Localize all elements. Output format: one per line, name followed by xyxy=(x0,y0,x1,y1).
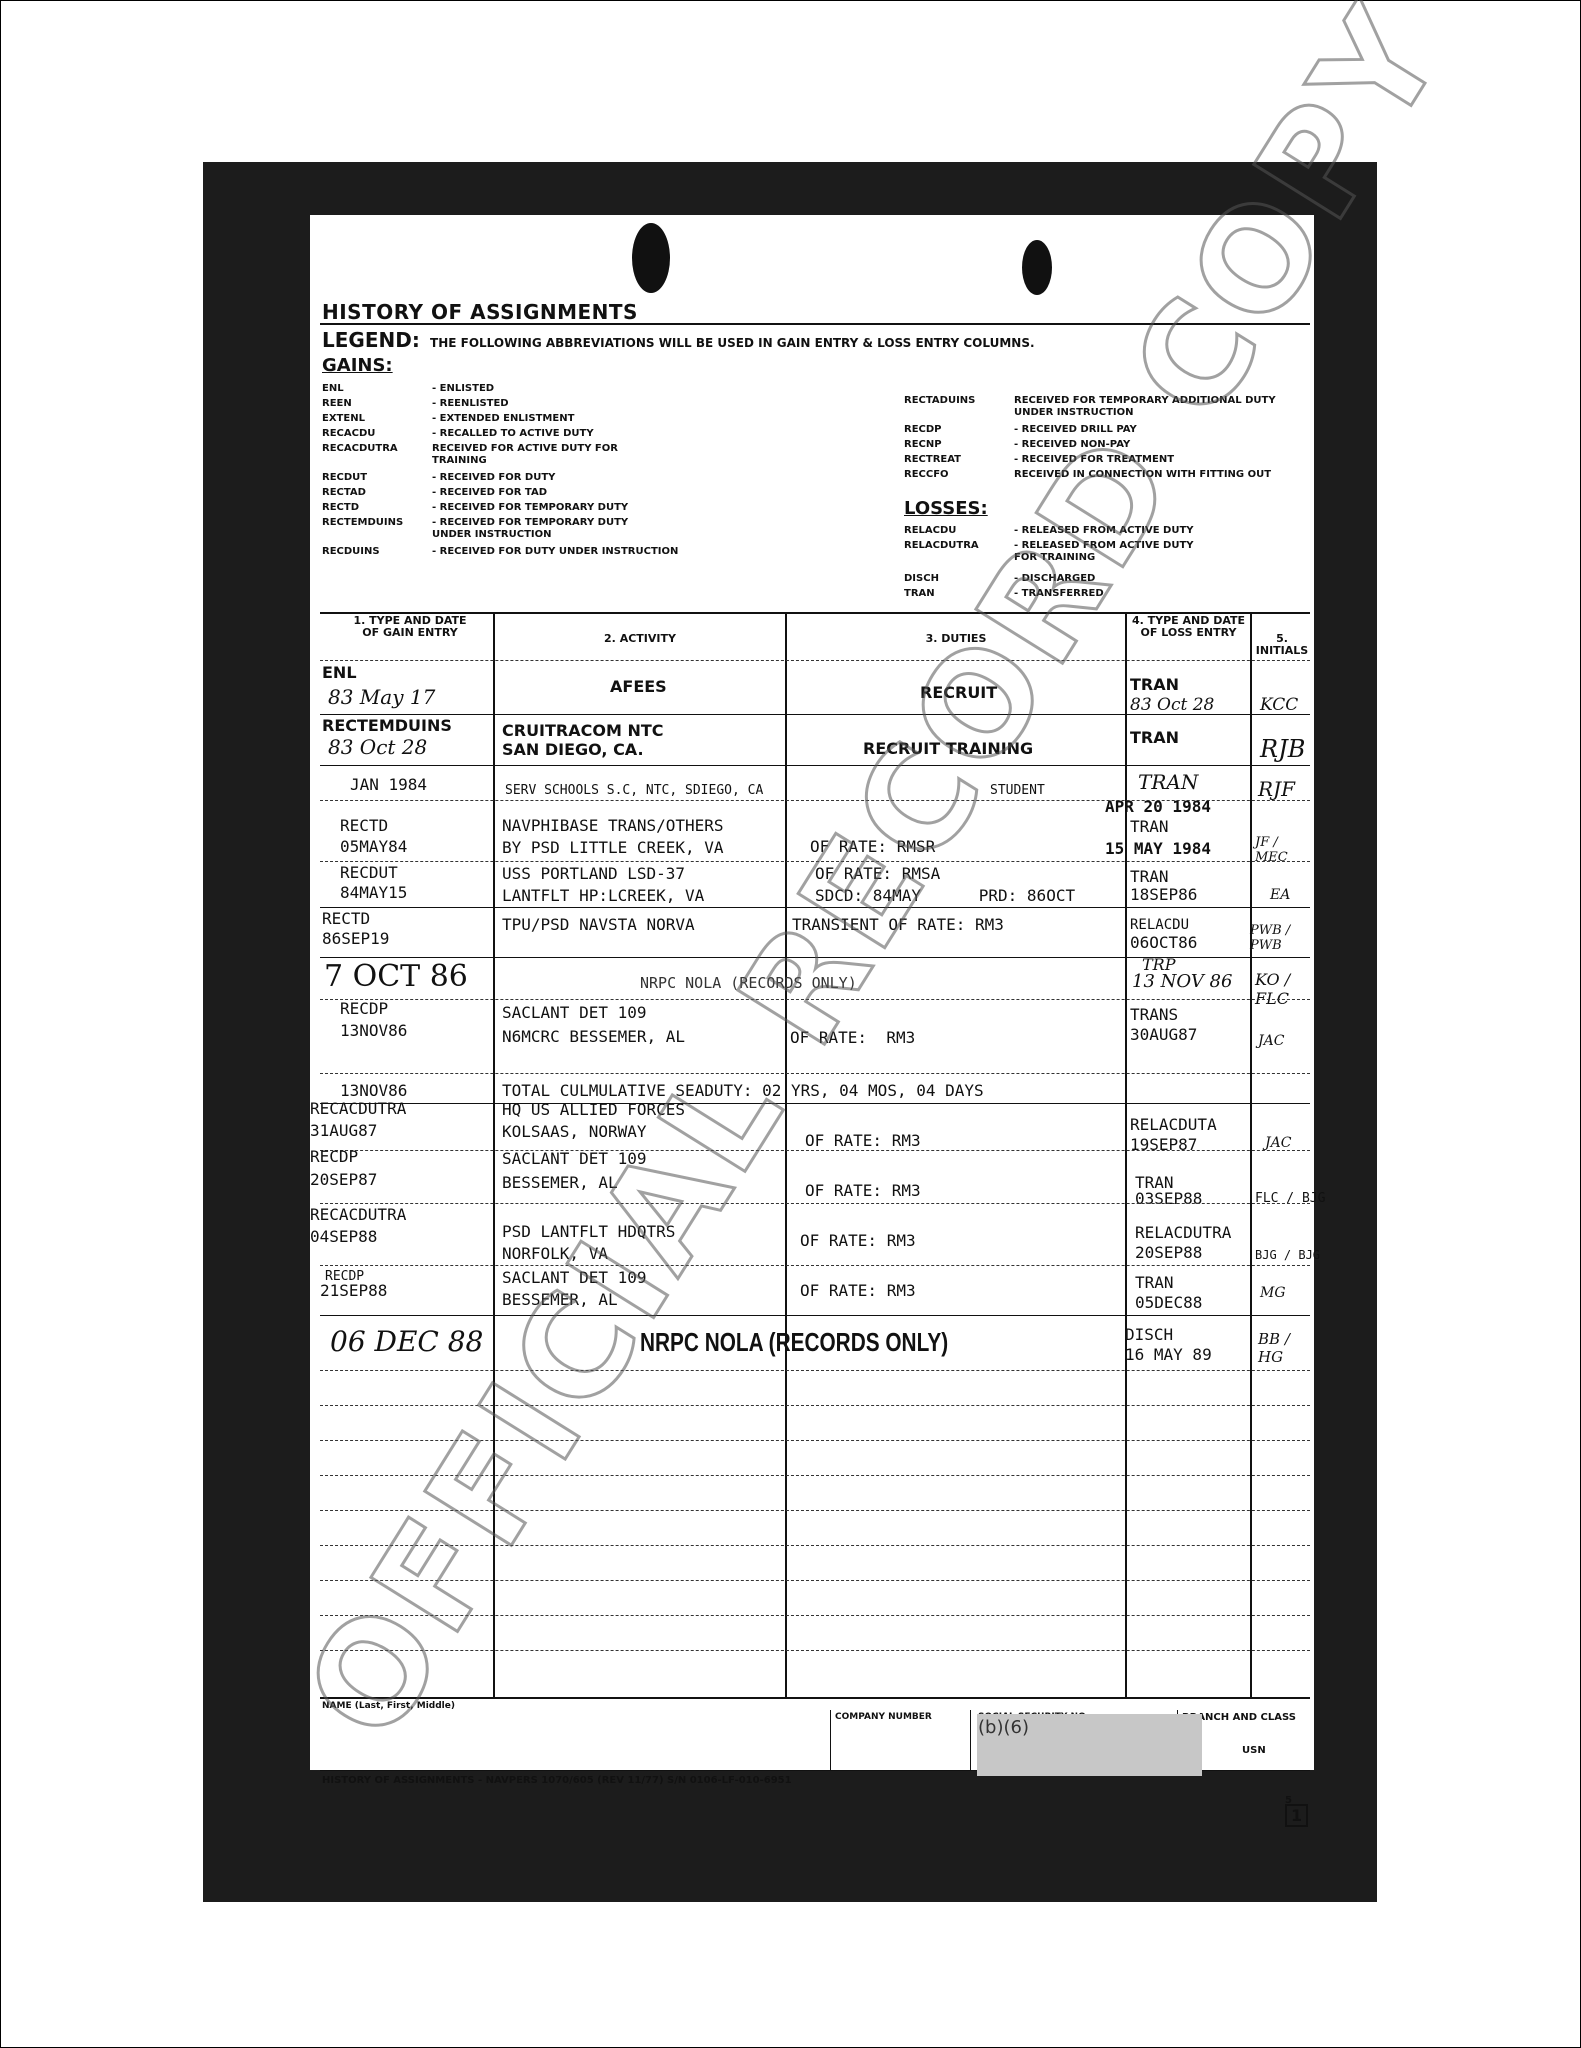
loss-date: 15 MAY 1984 xyxy=(1105,839,1211,859)
activity: NRPC NOLA (RECORDS ONLY) xyxy=(640,973,857,993)
duties: OF RATE: RM3 xyxy=(805,1181,921,1201)
gain-date: 06 DEC 88 xyxy=(330,1325,483,1358)
row-divider xyxy=(320,714,1310,715)
legend-row: ENL- ENLISTED xyxy=(322,383,722,398)
loss-date: 19SEP87 xyxy=(1130,1135,1197,1155)
loss-date: 83 Oct 28 xyxy=(1130,695,1214,715)
page-indicator: 5 1 xyxy=(1285,1795,1314,1825)
row-divider xyxy=(320,1073,1310,1074)
gains-list: ENL- ENLISTED REEN- REENLISTED EXTENL- E… xyxy=(322,383,722,561)
legend-row: RELACDU- RELEASED FROM ACTIVE DUTY xyxy=(904,525,1304,540)
gain-date: 05MAY84 xyxy=(340,837,407,857)
blank-line xyxy=(320,1440,1310,1441)
gain-type: RECACDUTRA xyxy=(310,1205,406,1225)
gain-type: RECDP xyxy=(310,1147,358,1167)
loss-type: TRAN xyxy=(1130,817,1169,837)
branch-value: USN xyxy=(1242,1745,1266,1756)
gain-date: 86SEP19 xyxy=(322,929,389,949)
legend-row: RECTEMDUINS- RECEIVED FOR TEMPORARY DUTY… xyxy=(322,517,722,546)
punch-hole-icon xyxy=(632,223,670,293)
gain-date: 31AUG87 xyxy=(310,1121,377,1141)
company-label: COMPANY NUMBER xyxy=(835,1712,932,1722)
gain-date: JAN 1984 xyxy=(350,775,427,795)
losses-heading: LOSSES: xyxy=(904,498,988,519)
activity: TPU/PSD NAVSTA NORVA xyxy=(502,915,695,935)
row-divider xyxy=(320,1203,1310,1204)
duties: RECRUIT TRAINING xyxy=(863,739,1033,758)
legend: LEGEND: THE FOLLOWING ABBREVIATIONS WILL… xyxy=(322,328,1035,352)
loss-date: 03SEP88 xyxy=(1135,1189,1202,1209)
initials: KCC xyxy=(1260,695,1298,715)
loss-type: DISCH xyxy=(1125,1325,1173,1345)
row-divider xyxy=(320,1150,1310,1151)
row-divider xyxy=(320,1265,1310,1266)
blank-line xyxy=(320,1405,1310,1406)
gain-date: 13NOV86 xyxy=(340,1081,407,1101)
legend-text: THE FOLLOWING ABBREVIATIONS WILL BE USED… xyxy=(430,336,1035,350)
legend-row: RECTADUINSRECEIVED FOR TEMPORARY ADDITIO… xyxy=(904,395,1304,424)
legend-row: RECTD- RECEIVED FOR TEMPORARY DUTY xyxy=(322,502,722,517)
legend-row: RECNP- RECEIVED NON-PAY xyxy=(904,439,1304,454)
duties: OF RATE: RM3 xyxy=(790,1028,915,1048)
loss-date: 18SEP86 xyxy=(1130,885,1197,905)
gain-date: 7 OCT 86 xyxy=(324,959,468,994)
losses-list: RELACDU- RELEASED FROM ACTIVE DUTY RELAC… xyxy=(904,525,1304,603)
row-divider xyxy=(320,1370,1310,1371)
footer-top-rule xyxy=(320,1697,1310,1699)
legend-row: RELACDUTRA- RELEASED FROM ACTIVE DUTY FO… xyxy=(904,540,1304,573)
duties: RECRUIT xyxy=(920,683,997,702)
name-label: NAME (Last, First, Middle) xyxy=(322,1701,455,1711)
loss-date: 05DEC88 xyxy=(1135,1293,1202,1313)
loss-type: TRAN xyxy=(1130,675,1179,694)
redaction-label: (b)(6) xyxy=(978,1717,1029,1738)
gain-type: RECDP xyxy=(340,999,388,1019)
initials: JAC xyxy=(1265,1135,1291,1151)
initials: PWB / PWB xyxy=(1250,923,1314,953)
activity: CRUITRACOM NTC SAN DIEGO, CA. xyxy=(502,721,664,759)
gain-date: 21SEP88 xyxy=(320,1281,387,1301)
punch-hole-icon xyxy=(1022,240,1052,295)
initials: RJB xyxy=(1260,735,1305,763)
column-divider xyxy=(785,612,787,1697)
legend-row: RECDP- RECEIVED DRILL PAY xyxy=(904,424,1304,439)
legend-row: TRAN- TRANSFERRED xyxy=(904,588,1304,603)
gain-type: RECACDUTRA xyxy=(310,1099,406,1119)
activity: PSD LANTFLT HDQTRS NORFOLK, VA xyxy=(502,1221,675,1265)
duties: STUDENT xyxy=(990,781,1045,801)
blank-line xyxy=(320,1545,1310,1546)
column-header-initials: 5. INITIALS xyxy=(1252,633,1312,657)
form-title: HISTORY OF ASSIGNMENTS xyxy=(322,300,638,324)
blank-line xyxy=(320,1510,1310,1511)
legend-row: RECACDUTRARECEIVED FOR ACTIVE DUTY FOR T… xyxy=(322,443,722,472)
row-divider xyxy=(320,1103,1310,1104)
duties: OF RATE: RMSR xyxy=(810,837,935,857)
activity: TOTAL CULMULATIVE SEADUTY: 02 YRS, 04 MO… xyxy=(502,1081,984,1101)
activity: SACLANT DET 109 N6MCRC BESSEMER, AL xyxy=(502,1001,685,1049)
loss-date: 16 MAY 89 xyxy=(1125,1345,1212,1365)
row-divider xyxy=(320,861,1310,862)
activity: NAVPHIBASE TRANS/OTHERS BY PSD LITTLE CR… xyxy=(502,815,724,859)
legend-row: RECTAD- RECEIVED FOR TAD xyxy=(322,487,722,502)
column-divider xyxy=(493,612,495,1697)
footer-divider xyxy=(830,1710,831,1770)
initials: BB / HG xyxy=(1258,1330,1314,1366)
activity: AFEES xyxy=(610,677,667,696)
loss-type: TRAN xyxy=(1130,867,1169,887)
gain-type: RECTD xyxy=(340,815,388,836)
activity: SACLANT DET 109 BESSEMER, AL xyxy=(502,1267,647,1311)
row-divider xyxy=(320,765,1310,766)
blank-line xyxy=(320,1650,1310,1651)
initials: FLC / BJG xyxy=(1255,1189,1325,1209)
page-number: 1 xyxy=(1285,1804,1308,1827)
loss-type: TRAN xyxy=(1135,1273,1174,1293)
gain-type: ENL xyxy=(322,663,357,682)
initials: BJG / BJG xyxy=(1255,1245,1320,1265)
column-divider xyxy=(1125,612,1127,1697)
legend-row: RECDUT- RECEIVED FOR DUTY xyxy=(322,472,722,487)
loss-type: RELACDUTA xyxy=(1130,1115,1217,1135)
activity: SACLANT DET 109 BESSEMER, AL xyxy=(502,1147,647,1195)
gain-type: RECTD xyxy=(322,909,370,929)
row-divider xyxy=(320,1315,1310,1316)
column-header-activity: 2. ACTIVITY xyxy=(495,633,785,645)
legend-row: RECDUINS- RECEIVED FOR DUTY UNDER INSTRU… xyxy=(322,546,722,561)
blank-line xyxy=(320,1615,1310,1616)
blank-line xyxy=(320,1580,1310,1581)
duties: OF RATE: RM3 xyxy=(805,1131,921,1151)
gain-type: RECTEMDUINS xyxy=(322,716,452,735)
loss-date: 06OCT86 xyxy=(1130,933,1197,953)
legend-row: RECTREAT- RECEIVED FOR TREATMENT xyxy=(904,454,1304,469)
loss-type: RELACDU xyxy=(1130,915,1189,935)
loss-type: RELACDUTRA xyxy=(1135,1223,1231,1243)
form-number: HISTORY OF ASSIGNMENTS - NAVPERS 1070/60… xyxy=(322,1775,792,1786)
gains-list-right: RECTADUINSRECEIVED FOR TEMPORARY ADDITIO… xyxy=(904,395,1304,484)
duties: OF RATE: RM3 xyxy=(800,1231,916,1251)
header-divider xyxy=(320,660,1310,661)
column-header-duties: 3. DUTIES xyxy=(787,633,1125,645)
activity: USS PORTLAND LSD-37 LANTFLT HP:LCREEK, V… xyxy=(502,863,704,907)
legend-row: DISCH- DISCHARGED xyxy=(904,573,1304,588)
column-header-loss: 4. TYPE AND DATE OF LOSS ENTRY xyxy=(1127,615,1250,639)
initials: KO / FLC xyxy=(1255,970,1314,1008)
duties: OF RATE: RMSA SDCD: 84MAY PRD: 86OCT xyxy=(815,863,1075,907)
loss-type: TRAN xyxy=(1138,770,1198,794)
divider xyxy=(320,323,1310,325)
legend-row: RECCFORECEIVED IN CONNECTION WITH FITTIN… xyxy=(904,469,1304,484)
loss-type: TRANS xyxy=(1130,1005,1178,1025)
loss-date: 20SEP88 xyxy=(1135,1243,1202,1263)
duties: TRANSIENT OF RATE: RM3 xyxy=(792,915,1004,935)
initials: JAC xyxy=(1258,1033,1284,1049)
gain-date: 20SEP87 xyxy=(310,1170,377,1190)
gain-date: 04SEP88 xyxy=(310,1227,377,1247)
row-divider xyxy=(320,999,1310,1000)
gain-date: 83 May 17 xyxy=(328,685,435,709)
loss-date: 13 NOV 86 xyxy=(1132,971,1232,992)
initials: EA xyxy=(1270,887,1290,903)
row-divider xyxy=(320,907,1310,908)
column-divider xyxy=(1250,612,1252,1697)
gain-type: RECDUT xyxy=(340,863,398,883)
legend-row: EXTENL- EXTENDED ENLISTMENT xyxy=(322,413,722,428)
activity: HQ US ALLIED FORCES KOLSAAS, NORWAY xyxy=(502,1099,685,1143)
legend-row: REEN- REENLISTED xyxy=(322,398,722,413)
blank-line xyxy=(320,1475,1310,1476)
duties: OF RATE: RM3 xyxy=(800,1281,916,1301)
initials: RJF xyxy=(1258,777,1295,801)
form-sheet: HISTORY OF ASSIGNMENTS LEGEND: THE FOLLO… xyxy=(310,215,1314,1770)
gains-heading: GAINS: xyxy=(322,355,393,376)
gain-date: 83 Oct 28 xyxy=(328,735,427,759)
activity: SERV SCHOOLS S.C, NTC, SDIEGO, CA xyxy=(505,781,763,801)
loss-type: TRAN xyxy=(1130,728,1179,747)
initials: MG xyxy=(1260,1285,1286,1301)
loss-date: 30AUG87 xyxy=(1130,1025,1197,1045)
gain-date: 13NOV86 xyxy=(340,1021,407,1041)
footer-divider xyxy=(970,1710,971,1770)
column-header-gain: 1. TYPE AND DATE OF GAIN ENTRY xyxy=(350,615,470,639)
row-divider xyxy=(320,800,1310,801)
activity: NRPC NOLA (RECORDS ONLY) xyxy=(640,1327,948,1358)
legend-row: RECACDU- RECALLED TO ACTIVE DUTY xyxy=(322,428,722,443)
gain-date: 84MAY15 xyxy=(340,883,407,903)
